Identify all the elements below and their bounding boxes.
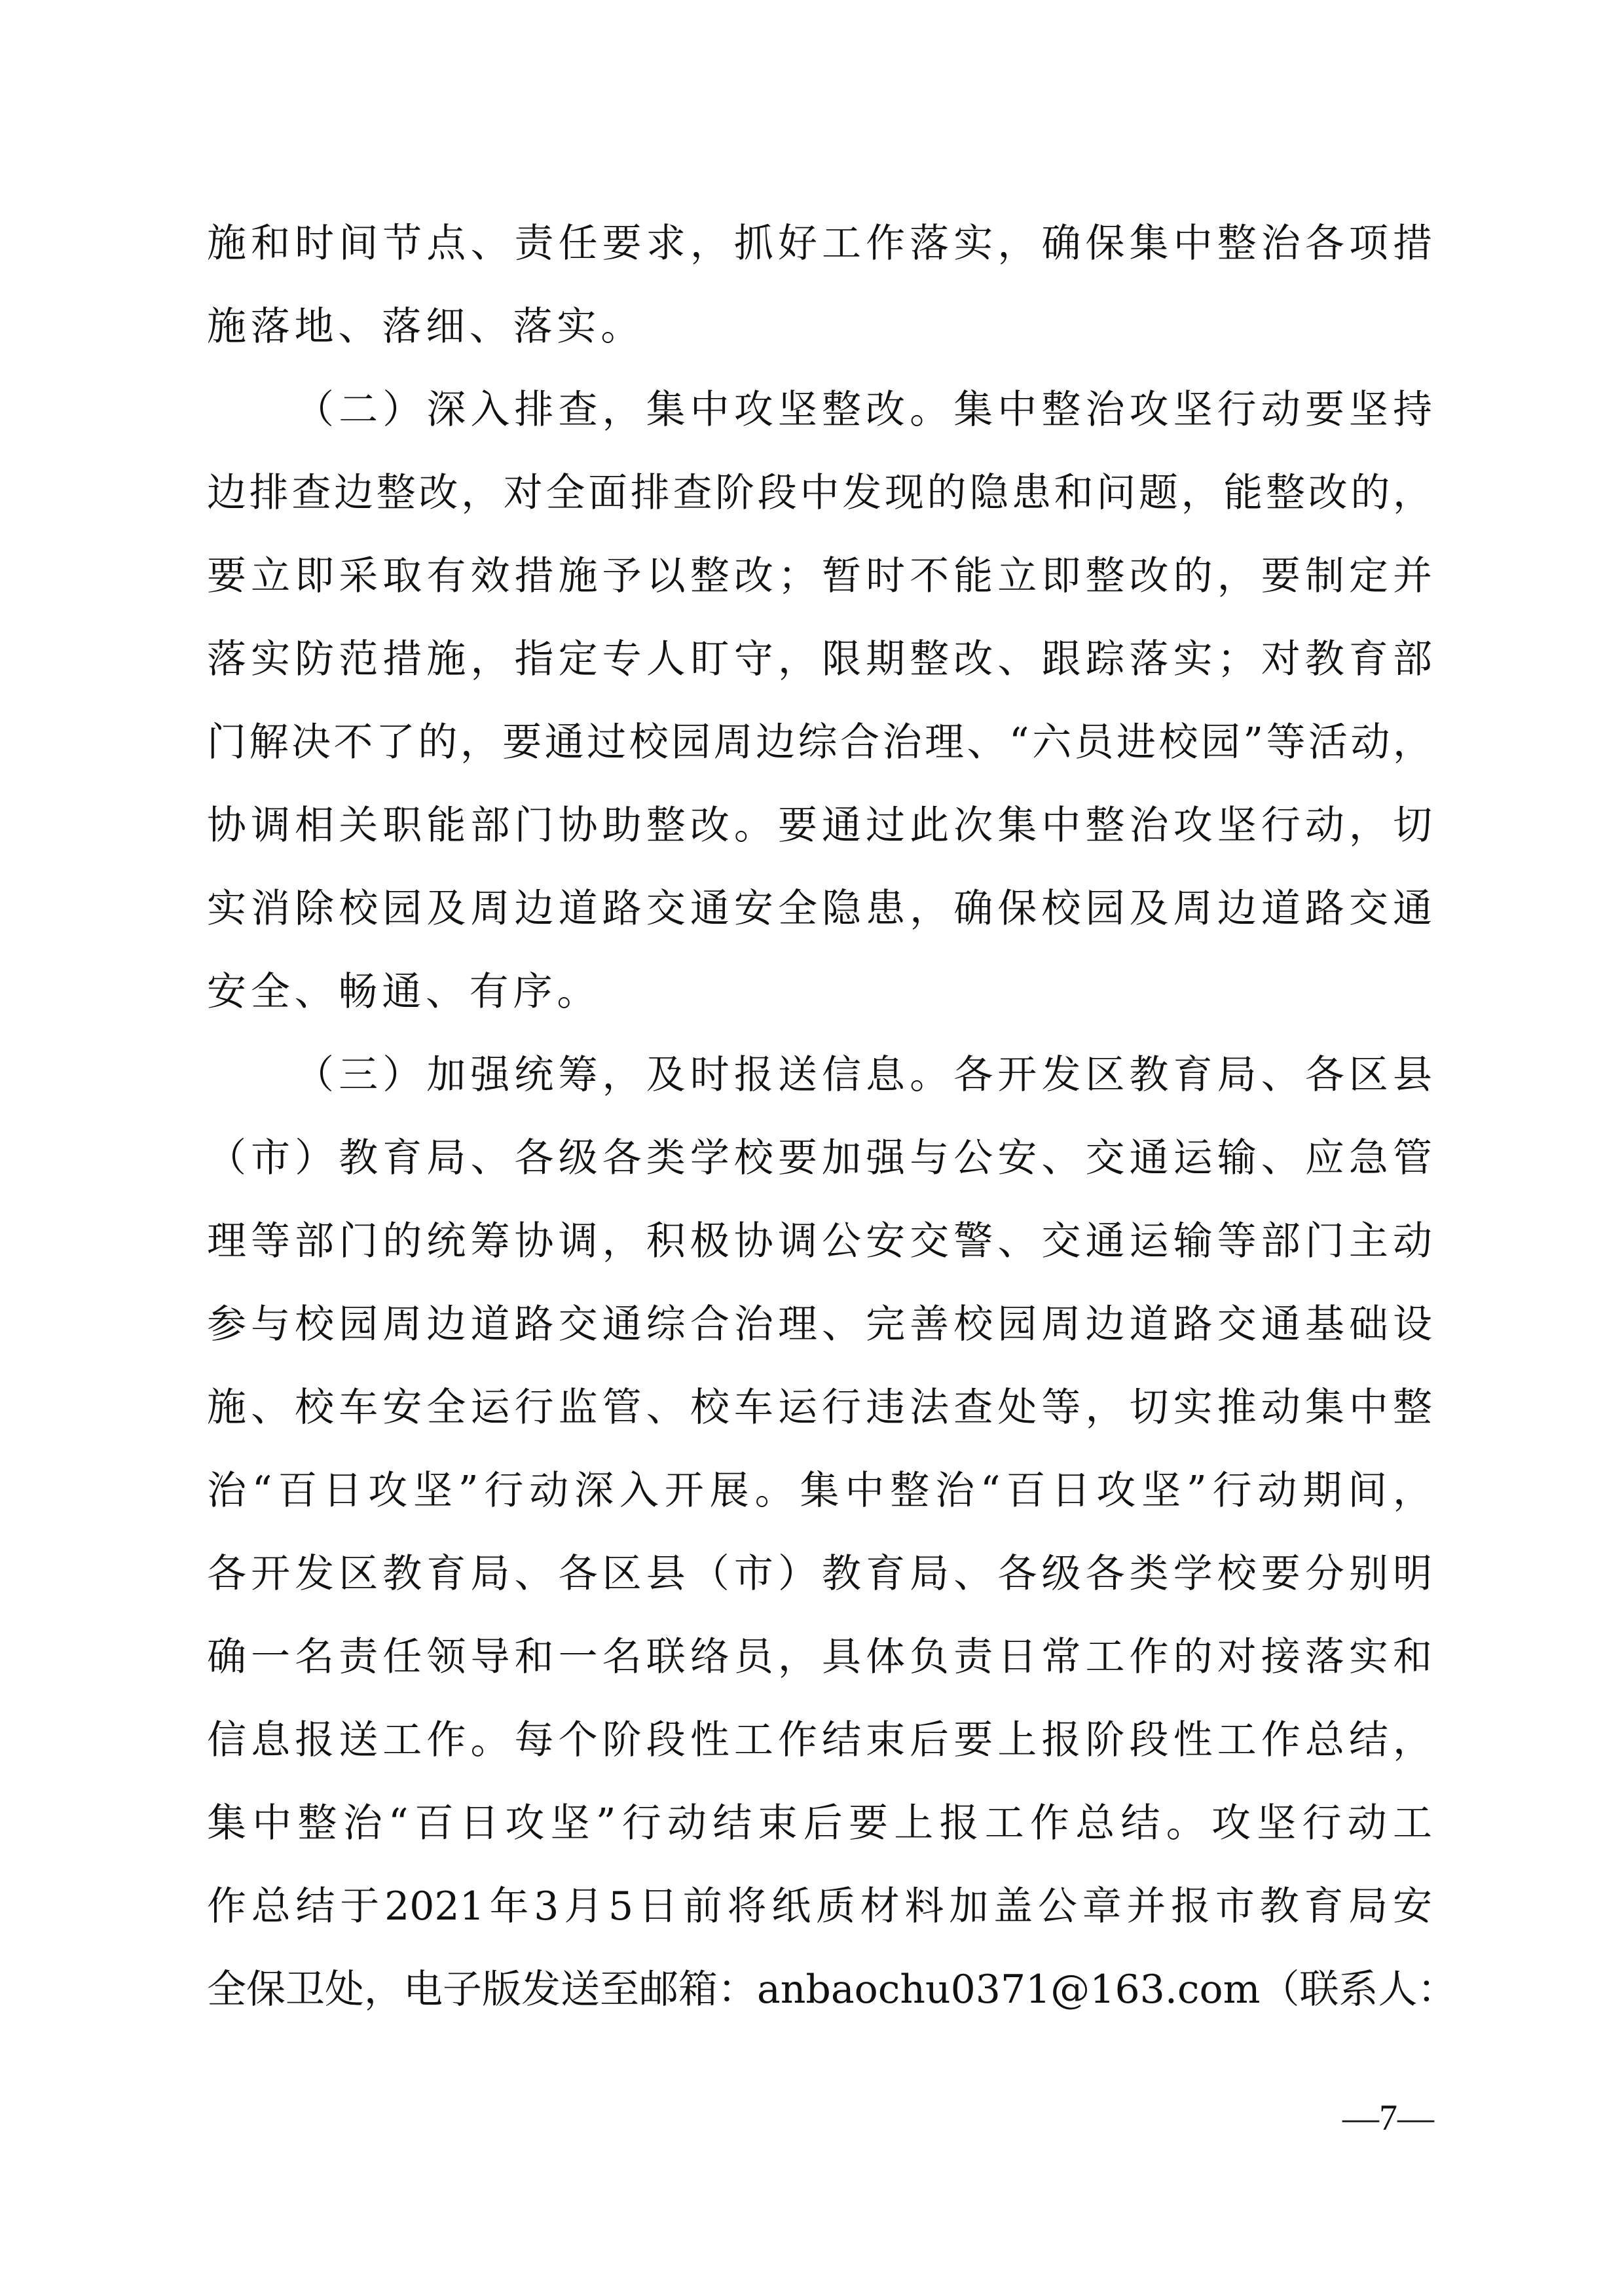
section-3-line-10: 集中整治“百日攻坚”行动结束后要上报工作总结。攻坚行动工 bbox=[207, 1797, 1432, 1850]
section-3-line-7: 各开发区教育局、各区县（市）教育局、各级各类学校要分别明 bbox=[207, 1548, 1432, 1600]
section-3-heading-line: （三）加强统筹，及时报送信息。各开发区教育局、各区县 bbox=[295, 1049, 1432, 1101]
section-3-line-8: 确一名责任领导和一名联络员，具体负责日常工作的对接落实和 bbox=[207, 1631, 1432, 1683]
section-3-line-5: 施、校车安全运行监管、校车运行违法查处等，切实推动集中整 bbox=[207, 1381, 1432, 1434]
section-2-line-8: 安全、畅通、有序。 bbox=[207, 966, 1432, 1018]
section-3-line-4: 参与校园周边道路交通综合治理、完善校园周边道路交通基础设 bbox=[207, 1298, 1432, 1351]
page-number: —7— bbox=[1336, 2092, 1434, 2144]
section-2-line-7: 实消除校园及周边道路交通安全隐患，确保校园及周边道路交通 bbox=[207, 883, 1432, 935]
section-3-line-11: 作总结于2021年3月5日前将纸质材料加盖公章并报市教育局安 bbox=[207, 1880, 1432, 1933]
paragraph-continuation-line-1: 施和时间节点、责任要求，抓好工作落实，确保集中整治各项措 bbox=[207, 217, 1432, 270]
section-2-line-4: 落实防范措施，指定专人盯守，限期整改、跟踪落实；对教育部 bbox=[207, 633, 1432, 685]
section-2-line-5: 门解决不了的，要通过校园周边综合治理、“六员进校园”等活动， bbox=[207, 716, 1432, 769]
section-3-line-3: 理等部门的统筹协调，积极协调公安交警、交通运输等部门主动 bbox=[207, 1215, 1432, 1267]
section-3-line-2: （市）教育局、各级各类学校要加强与公安、交通运输、应急管 bbox=[207, 1132, 1432, 1184]
section-3-line-9: 信息报送工作。每个阶段性工作结束后要上报阶段性工作总结， bbox=[207, 1714, 1432, 1766]
section-3-line-6: 治“百日攻坚”行动深入开展。集中整治“百日攻坚”行动期间， bbox=[207, 1465, 1432, 1517]
paragraph-continuation-line-2: 施落地、落细、落实。 bbox=[207, 301, 1432, 353]
section-2-heading-line: （二）深入排查，集中攻坚整改。集中整治攻坚行动要坚持 bbox=[295, 384, 1432, 436]
section-2-line-6: 协调相关职能部门协助整改。要通过此次集中整治攻坚行动，切 bbox=[207, 799, 1432, 852]
document-page: 施和时间节点、责任要求，抓好工作落实，确保集中整治各项措 施落地、落细、落实。 … bbox=[0, 0, 1624, 2296]
section-3-line-12-email: 全保卫处，电子版发送至邮箱：anbaochu0371@163.com（联系人： bbox=[207, 1963, 1432, 2016]
section-2-line-2: 边排查边整改，对全面排查阶段中发现的隐患和问题，能整改的， bbox=[207, 467, 1432, 519]
section-2-line-3: 要立即采取有效措施予以整改；暂时不能立即整改的，要制定并 bbox=[207, 550, 1432, 602]
